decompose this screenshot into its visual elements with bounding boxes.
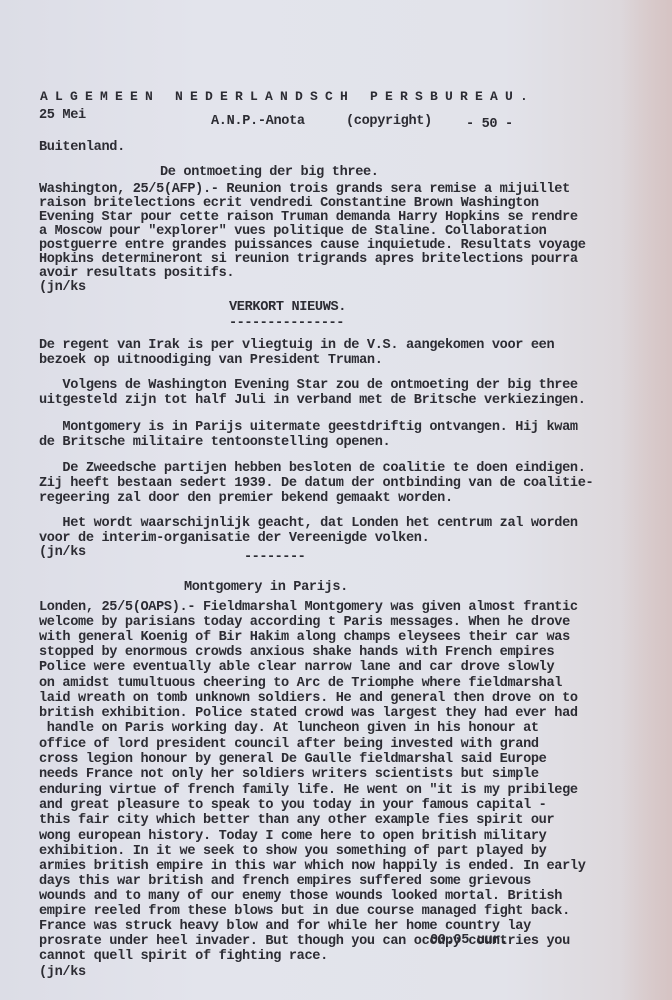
section-heading: VERKORT NIEUWS. bbox=[229, 300, 346, 316]
section-label: Buitenland. bbox=[39, 140, 125, 156]
body-line: Het wordt waarschijnlijk geacht, dat Lon… bbox=[39, 516, 578, 532]
timestamp: 00.05 uur. bbox=[430, 933, 508, 949]
body-line: armies british empire in this war which … bbox=[39, 859, 586, 875]
article-title: De ontmoeting der big three. bbox=[160, 165, 379, 181]
signoff: (jn/ks bbox=[39, 545, 86, 561]
body-line: regeering zal door den premier bekend ge… bbox=[39, 491, 453, 507]
body-line: De regent van Irak is per vliegtuig in d… bbox=[39, 338, 554, 354]
body-line: De Zweedsche partijen hebben besloten de… bbox=[39, 461, 586, 477]
body-line: needs France not only her soldiers write… bbox=[39, 767, 539, 783]
separator: -------- bbox=[244, 550, 305, 566]
body-line: handle on Paris working day. At luncheon… bbox=[39, 721, 539, 737]
body-line: Londen, 25/5(OAPS).- Fieldmarshal Montgo… bbox=[39, 600, 578, 616]
body-line: bezoek op uitnoodiging van President Tru… bbox=[39, 353, 383, 369]
body-line: stopped by enormous crowds anxious shake… bbox=[39, 645, 554, 661]
body-line: Police were eventually able clear narrow… bbox=[39, 660, 554, 676]
body-line: cannot quell spirit of fighting race. bbox=[39, 949, 328, 965]
heading-underline: --------------- bbox=[229, 316, 344, 332]
body-line: Zij heeft bestaan sedert 1939. De datum … bbox=[39, 476, 593, 492]
service-name: A.N.P.-Anota bbox=[211, 114, 305, 130]
article-title: Montgomery in Parijs. bbox=[184, 580, 348, 596]
body-line: enduring virtue of french family life. H… bbox=[39, 783, 578, 799]
body-line: Volgens de Washington Evening Star zou d… bbox=[39, 378, 578, 394]
body-line: exhibition. In it we seek to show you so… bbox=[39, 844, 547, 860]
body-line: and great pleasure to speak to you today… bbox=[39, 798, 547, 814]
body-line: laid wreath on tomb unknown soldiers. He… bbox=[39, 691, 578, 707]
signoff: (jn/ks bbox=[39, 965, 86, 981]
agency-letterhead: ALGEMEEN NEDERLANDSCH PERSBUREAU. bbox=[40, 89, 535, 105]
body-line: empire reeled from these blows but in du… bbox=[39, 904, 570, 920]
body-line: wong european history. Today I come here… bbox=[39, 829, 547, 845]
body-line: this fair city which better than any oth… bbox=[39, 813, 554, 829]
body-line: de Britsche militaire tentoonstelling op… bbox=[39, 435, 390, 451]
body-line: welcome by parisians today according t P… bbox=[39, 615, 570, 631]
body-line: wounds and to many of our enemy those wo… bbox=[39, 889, 562, 905]
body-line: on amidst tumultuous cheering to Arc de … bbox=[39, 676, 562, 692]
copyright-label: (copyright) bbox=[346, 114, 432, 130]
body-line: cross legion honour by general De Gaulle… bbox=[39, 752, 547, 768]
signoff: (jn/ks bbox=[39, 280, 86, 296]
body-line: days this war british and french empires… bbox=[39, 874, 531, 890]
page-number: - 50 - bbox=[466, 117, 513, 133]
body-line: with general Koenig of Bir Hakim along c… bbox=[39, 630, 570, 646]
date: 25 Mei bbox=[39, 108, 86, 124]
paper-edge-shadow bbox=[622, 0, 672, 1000]
body-line: uitgesteld zijn tot half Juli in verband… bbox=[39, 393, 586, 409]
typewritten-page: ALGEMEEN NEDERLANDSCH PERSBUREAU. 25 Mei… bbox=[0, 0, 672, 1000]
body-line: british exhibition. Police stated crowd … bbox=[39, 706, 578, 722]
body-line: Montgomery is in Parijs uitermate geestd… bbox=[39, 420, 578, 436]
body-line: office of lord president council after b… bbox=[39, 737, 539, 753]
body-line: voor de interim-organisatie der Vereenig… bbox=[39, 531, 429, 547]
